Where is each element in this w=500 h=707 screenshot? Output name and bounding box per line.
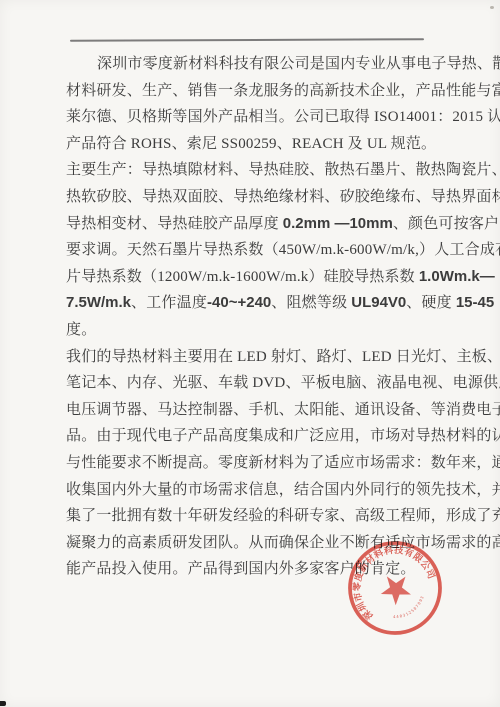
body-text: 产品符合 ROHS、索尼 SS00259、REACH 及 UL 规范。: [66, 136, 436, 152]
body-text: 、颜色可按客户: [393, 216, 499, 232]
scan-artifact-speck: [490, 6, 494, 9]
body-text: 要求调。天然石墨片导热系数（450W/m.k-600W/m/k,）人工合成石墨: [66, 242, 500, 258]
paragraph: 深圳市零度新材料科技有限公司是国内专业从事电子导热、散热材料研发、生产、销售一条…: [66, 51, 438, 157]
body-text: 热软矽胶、导热双面胶、导热绝缘材料、矽胶绝缘布、导热界面材料、: [66, 189, 500, 205]
seal-svg: 深圳市零度新材料科技有限公司 4403125070931: [345, 538, 445, 638]
text-line: 笔记本、内存、光驱、车载 DVD、平板电脑、液晶电视、电源供应器、: [66, 370, 438, 397]
text-line: 材料研发、生产、销售一条龙服务的高新技术企业，产品性能与富士、: [66, 78, 438, 105]
body-text: 、阻燃等级: [271, 295, 351, 311]
text-line: 与性能要求不断提高。零度新材料为了适应市场需求：数年来，通过: [66, 450, 438, 477]
text-line: 主要生产：导热填隙材料、导热硅胶、散热石墨片、散热陶瓷片、导: [66, 157, 438, 184]
body-text: 片导热系数（1200W/m.k-1600W/m.k）硅胶导热系数: [66, 269, 419, 285]
scan-top-edge-line: [70, 38, 424, 42]
numeric-text: -40~+240: [207, 294, 271, 311]
text-line: 热软矽胶、导热双面胶、导热绝缘材料、矽胶绝缘布、导热界面材料、: [66, 184, 438, 211]
text-line: 要求调。天然石墨片导热系数（450W/m.k-600W/m/k,）人工合成石墨: [66, 237, 438, 264]
text-line: 品。由于现代电子产品高度集成和广泛应用，市场对导热材料的认知: [66, 423, 438, 450]
body-text: 深圳市零度新材料科技有限公司是国内专业从事电子导热、散热: [97, 56, 500, 72]
scan-artifact-mark: [0, 701, 6, 706]
company-seal-stamp: 深圳市零度新材料科技有限公司 4403125070931: [345, 538, 445, 638]
numeric-text: UL94V0: [351, 294, 406, 311]
paragraph: 主要生产：导热填隙材料、导热硅胶、散热石墨片、散热陶瓷片、导热软矽胶、导热双面胶…: [66, 157, 438, 343]
text-line: 深圳市零度新材料科技有限公司是国内专业从事电子导热、散热: [66, 51, 438, 78]
text-line: 产品符合 ROHS、索尼 SS00259、REACH 及 UL 规范。: [66, 131, 438, 158]
scanned-document-page: 深圳市零度新材料科技有限公司是国内专业从事电子导热、散热材料研发、生产、销售一条…: [0, 0, 500, 707]
body-text: 集了一批拥有数十年研发经验的科研专家、高级工程师，形成了充满: [66, 508, 500, 524]
body-text: 度。: [66, 322, 96, 338]
body-text: 莱尔德、贝格斯等国外产品相当。公司已取得 ISO14001：2015 认证，: [66, 109, 500, 125]
text-line: 集了一批拥有数十年研发经验的科研专家、高级工程师，形成了充满: [66, 503, 438, 530]
text-line: 莱尔德、贝格斯等国外产品相当。公司已取得 ISO14001：2015 认证，: [66, 104, 438, 131]
body-text: 电压调节器、马达控制器、手机、太阳能、通讯设备、等消费电子产: [66, 402, 500, 418]
body-text: 导热相变材、导热硅胶产品厚度: [66, 216, 283, 232]
numeric-text: 7.5W/m.k: [66, 294, 131, 311]
body-text: 、工作温度: [131, 295, 207, 311]
text-line: 收集国内外大量的市场需求信息，结合国内外同行的领先技术，并汇: [66, 477, 438, 504]
body-text: 收集国内外大量的市场需求信息，结合国内外同行的领先技术，并汇: [66, 482, 500, 498]
body-text: 笔记本、内存、光驱、车载 DVD、平板电脑、液晶电视、电源供应器、: [66, 375, 500, 391]
body-text: 品。由于现代电子产品高度集成和广泛应用，市场对导热材料的认知: [66, 428, 500, 444]
body-text: 主要生产：导热填隙材料、导热硅胶、散热石墨片、散热陶瓷片、导: [66, 162, 500, 178]
body-text: 、硬度: [406, 295, 456, 311]
body-text: 我们的导热材料主要用在 LED 射灯、路灯、LED 日光灯、主板、显卡、: [66, 349, 500, 365]
text-line: 我们的导热材料主要用在 LED 射灯、路灯、LED 日光灯、主板、显卡、: [66, 344, 438, 371]
text-line: 片导热系数（1200W/m.k-1600W/m.k）硅胶导热系数 1.0Wm.k…: [66, 264, 438, 291]
numeric-text: 15-45: [456, 294, 494, 311]
text-line: 电压调节器、马达控制器、手机、太阳能、通讯设备、等消费电子产: [66, 397, 438, 424]
text-line: 导热相变材、导热硅胶产品厚度 0.2mm —10mm、颜色可按客户: [66, 211, 438, 238]
star-icon: [375, 568, 416, 609]
text-line: 7.5W/m.k、工作温度-40~+240、阻燃等级 UL94V0、硬度 15-…: [66, 290, 438, 317]
numeric-text: 1.0Wm.k—: [419, 268, 495, 285]
text-line: 度。: [66, 317, 438, 344]
body-text: 与性能要求不断提高。零度新材料为了适应市场需求：数年来，通过: [66, 455, 500, 471]
document-body: 深圳市零度新材料科技有限公司是国内专业从事电子导热、散热材料研发、生产、销售一条…: [66, 51, 438, 583]
numeric-text: 0.2mm —10mm: [283, 215, 393, 232]
body-text: 材料研发、生产、销售一条龙服务的高新技术企业，产品性能与富士、: [66, 83, 500, 99]
